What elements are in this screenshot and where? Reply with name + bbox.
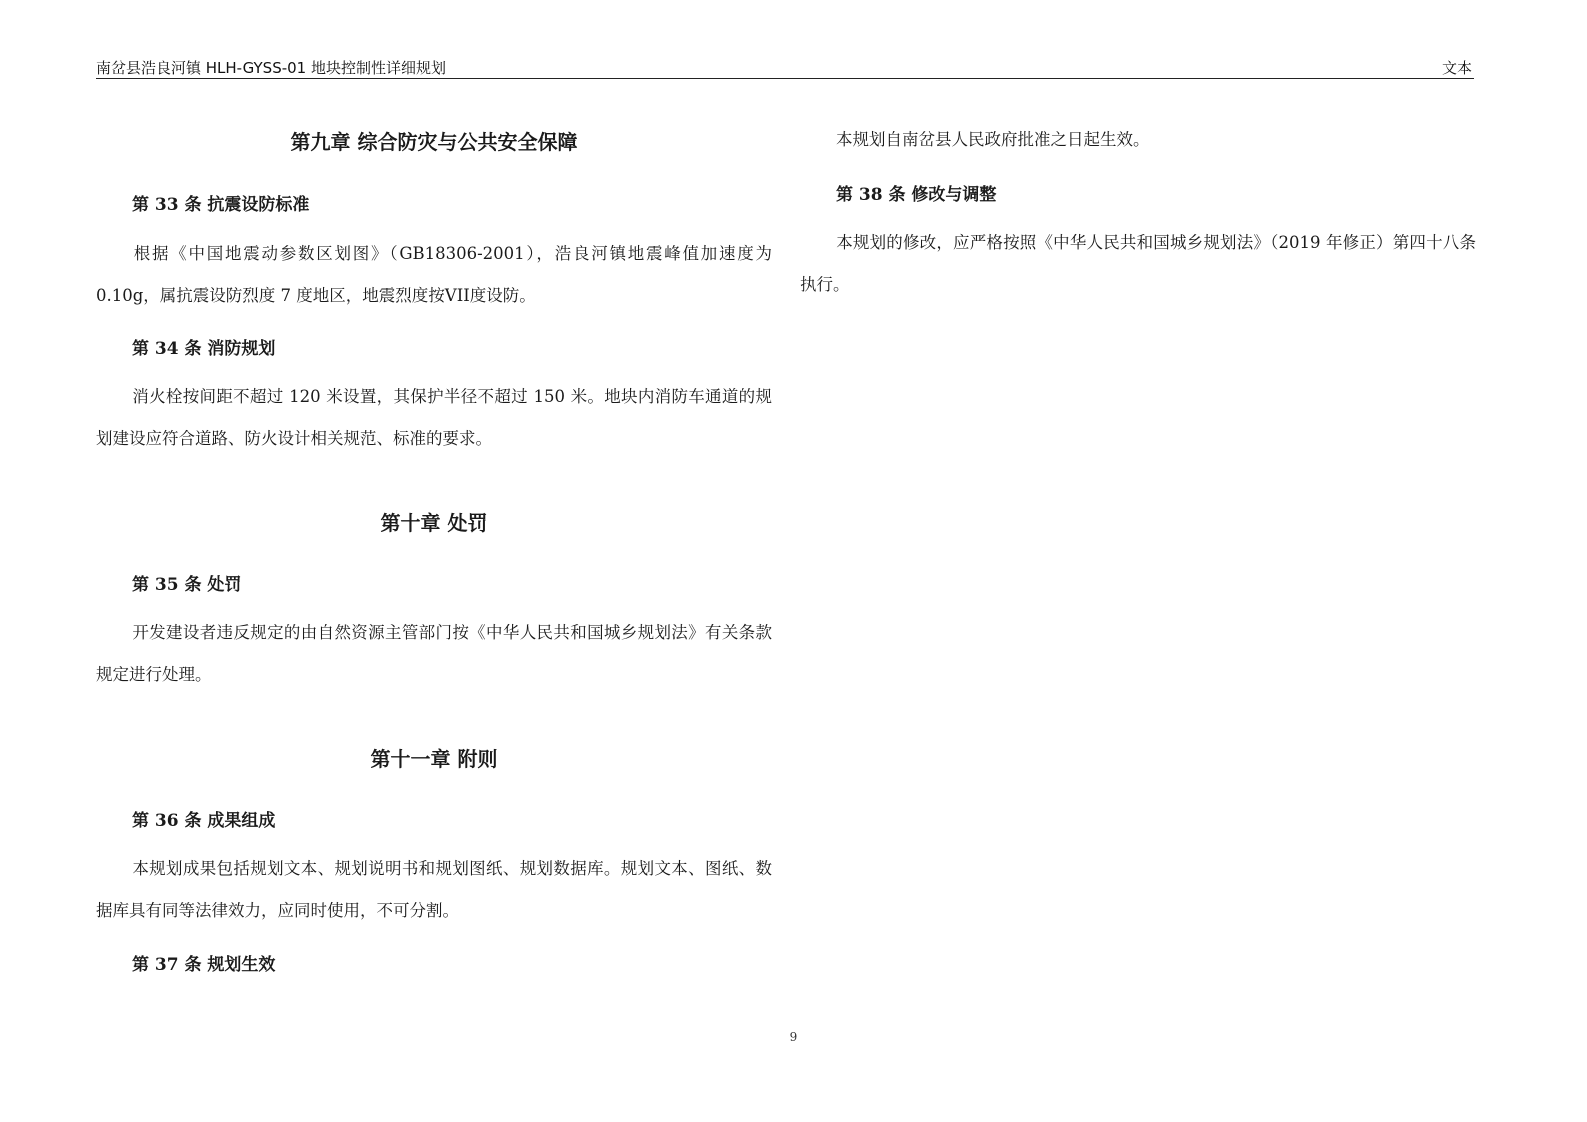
chapter-11-heading: 第十一章 附则 (96, 743, 772, 772)
article-36-body: 本规划成果包括规划文本、规划说明书和规划图纸、规划数据库。规划文本、图纸、数据库… (96, 859, 772, 920)
article-33-heading: 第 33 条 抗震设防标准 (132, 190, 309, 215)
article-38-heading: 第 38 条 修改与调整 (836, 180, 996, 205)
article-33-text: 根据《中国地震动参数区划图》（GB18306-2001），浩良河镇地震峰值加速度… (96, 233, 772, 317)
article-37-body: 本规划自南岔县人民政府批准之日起生效。 (836, 130, 1150, 149)
chapter-9-heading: 第九章 综合防灾与公共安全保障 (96, 126, 772, 155)
article-38-body: 本规划的修改，应严格按照《中华人民共和国城乡规划法》（2019 年修正）第四十八… (800, 233, 1476, 294)
article-36-heading: 第 36 条 成果组成 (132, 806, 275, 831)
article-37-heading: 第 37 条 规划生效 (132, 950, 275, 975)
article-34-body: 消火栓按间距不超过 120 米设置，其保护半径不超过 150 米。地块内消防车通… (96, 387, 772, 448)
article-34-text: 消火栓按间距不超过 120 米设置，其保护半径不超过 150 米。地块内消防车通… (96, 376, 772, 460)
chapter-10-heading: 第十章 处罚 (96, 507, 772, 536)
article-35-text: 开发建设者违反规定的由自然资源主管部门按《中华人民共和国城乡规划法》有关条款规定… (96, 612, 772, 696)
document-title: 南岔县浩良河镇 HLH-GYSS-01 地块控制性详细规划 (96, 57, 446, 78)
document-type: 文本 (1442, 57, 1472, 78)
article-35-heading: 第 35 条 处罚 (132, 570, 241, 595)
page-number: 9 (0, 1030, 1587, 1044)
article-37-text: 本规划自南岔县人民政府批准之日起生效。 (800, 119, 1476, 161)
article-36-text: 本规划成果包括规划文本、规划说明书和规划图纸、规划数据库。规划文本、图纸、数据库… (96, 848, 772, 932)
article-34-heading: 第 34 条 消防规划 (132, 334, 275, 359)
page-header: 南岔县浩良河镇 HLH-GYSS-01 地块控制性详细规划 文本 (96, 56, 1474, 79)
article-38-text: 本规划的修改，应严格按照《中华人民共和国城乡规划法》（2019 年修正）第四十八… (800, 222, 1476, 306)
article-35-body: 开发建设者违反规定的由自然资源主管部门按《中华人民共和国城乡规划法》有关条款规定… (96, 623, 772, 684)
article-33-body: 根据《中国地震动参数区划图》（GB18306-2001），浩良河镇地震峰值加速度… (96, 244, 772, 305)
